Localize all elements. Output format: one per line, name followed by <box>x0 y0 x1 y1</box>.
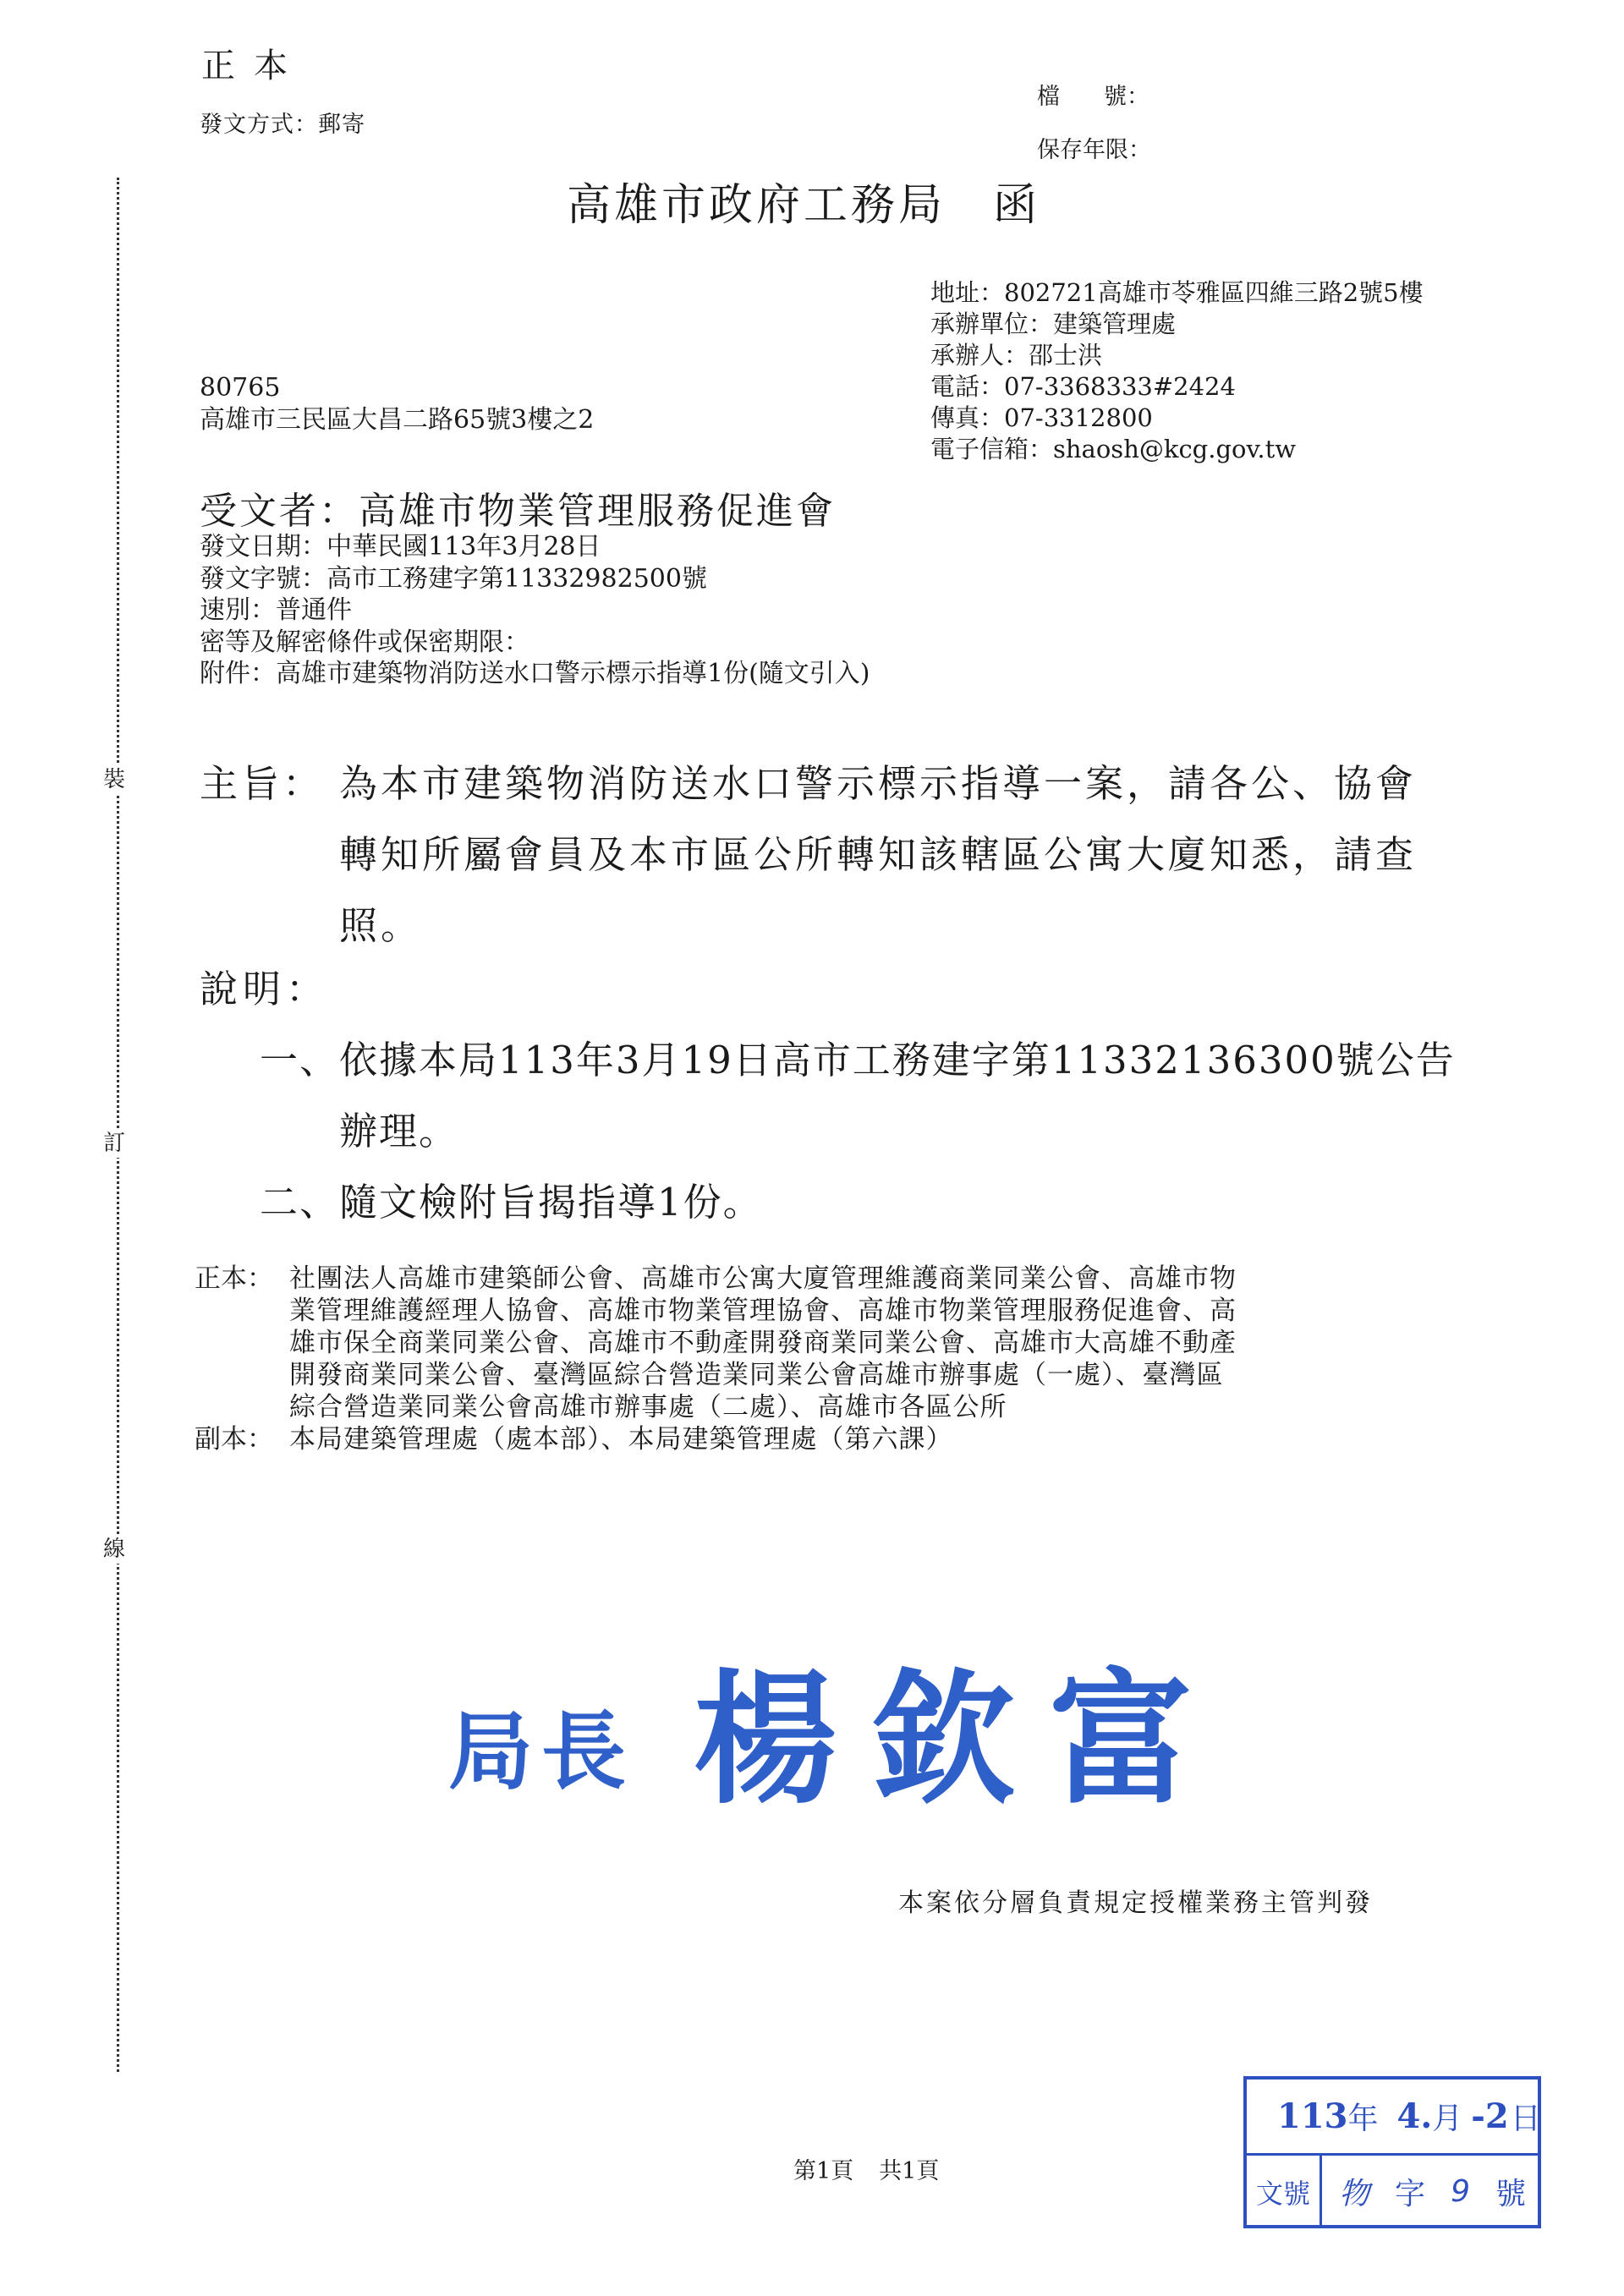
file-number-label-a: 檔 <box>1037 84 1060 110</box>
copy-recipients-label: 副本： <box>195 1423 289 1455</box>
original-recipients-label: 正本： <box>195 1263 289 1295</box>
contact-phone: 電話：07-3368333#2424 <box>930 371 1424 403</box>
send-method: 發文方式：郵寄 <box>200 106 365 139</box>
subject-line: 照。 <box>339 890 422 962</box>
subject-line: 轉知所屬會員及本市區公所轉知該轄區公寓大廈知悉，請查 <box>339 819 1417 890</box>
subject-label: 主旨： <box>200 748 339 819</box>
document-number: 發文字號：高市工務建字第11332982500號 <box>200 563 870 595</box>
delivery-speed: 速別：普通件 <box>200 595 870 627</box>
receipt-day-unit: 日 <box>1511 2095 1541 2138</box>
binding-mark-bind: 裝 <box>103 765 125 794</box>
original-recipients-line: 社團法人高雄市建築師公會、高雄市公寓大廈管理維護商業同業公會、高雄市物 <box>289 1263 1237 1295</box>
page-number: 第1頁共1頁 <box>793 2152 939 2185</box>
receipt-doc-no: 物 字 9 號 <box>1322 2156 1538 2228</box>
explanation-label: 說明： <box>200 958 329 1013</box>
distribution-list: 正本： 社團法人高雄市建築師公會、高雄市公寓大廈管理維護商業同業公會、高雄市物 … <box>195 1263 1480 1455</box>
signature-name: 楊欽富 <box>694 1655 1226 1824</box>
street-address: 高雄市三民區大昌二路65號3樓之2 <box>200 404 594 436</box>
file-number-label: 檔號： <box>1037 78 1149 111</box>
confidentiality: 密等及解密條件或保密期限： <box>200 627 870 659</box>
receipt-year-unit: 年 <box>1348 2095 1379 2138</box>
contact-fax: 傳真：07-3312800 <box>930 403 1424 434</box>
recipient-address: 80765 高雄市三民區大昌二路65號3樓之2 <box>200 372 594 436</box>
receipt-doc-prefix: 物 <box>1339 2170 1369 2213</box>
receipt-doc-value: 9 <box>1451 2174 1470 2209</box>
retention-period-label: 保存年限： <box>1037 131 1151 164</box>
receipt-day: -2 <box>1471 2096 1508 2136</box>
subject-section: 主旨： 為本市建築物消防送水口警示標示指導一案，請各公、協會 轉知所屬會員及本市… <box>200 748 1485 962</box>
delegation-note: 本案依分層負責規定授權業務主管判發 <box>898 1882 1373 1919</box>
file-number-label-b: 號： <box>1104 84 1149 110</box>
original-recipients-line: 綜合營造業同業公會高雄市辦事處（二處）、高雄市各區公所 <box>289 1391 1007 1423</box>
agency-name: 高雄市政府工務局 <box>567 180 946 231</box>
copy-recipients-line: 本局建築管理處（處本部）、本局建築管理處（第六課） <box>289 1423 953 1455</box>
receipt-date: 113年 4.月 -2日 <box>1247 2080 1538 2156</box>
page-current: 第1頁 <box>793 2158 853 2184</box>
receipt-doc-suffix: 號 <box>1495 2170 1526 2213</box>
page-total: 共1頁 <box>879 2158 939 2184</box>
explanation-item-text: 隨文檢附旨揭指導1份。 <box>339 1167 763 1238</box>
receipt-month: 4. <box>1397 2096 1433 2136</box>
explanation-item-number: 二、 <box>200 1167 339 1238</box>
receipt-month-unit: 月 <box>1432 2095 1462 2138</box>
receipt-doc-word: 字 <box>1395 2170 1425 2213</box>
subject-line: 為本市建築物消防送水口警示標示指導一案，請各公、協會 <box>339 748 1417 819</box>
explanation-item-number: 一、 <box>200 1025 339 1096</box>
postal-code: 80765 <box>200 372 594 404</box>
copy-type: 正本 <box>201 39 306 87</box>
binding-mark-staple: 訂 <box>103 1129 125 1158</box>
explanation-item-text: 辦理。 <box>339 1096 458 1167</box>
binding-mark-line: 線 <box>103 1535 125 1564</box>
explanation-item-text: 依據本局113年3月19日高市工務建字第11332136300號公告 <box>339 1025 1456 1096</box>
contact-address: 地址：802721高雄市苓雅區四維三路2號5樓 <box>930 277 1424 309</box>
issue-date: 發文日期：中華民國113年3月28日 <box>200 531 870 563</box>
document-meta: 發文日期：中華民國113年3月28日 發文字號：高市工務建字第113329825… <box>200 531 870 690</box>
document-type: 函 <box>993 180 1040 231</box>
addressee: 受文者：高雄市物業管理服務促進會 <box>200 480 836 534</box>
contact-block: 地址：802721高雄市苓雅區四維三路2號5樓 承辦單位：建築管理處 承辦人：邵… <box>930 277 1424 465</box>
contact-officer: 承辦人：邵士洪 <box>930 340 1424 371</box>
director-signature-stamp: 局長楊欽富 <box>448 1624 1226 1831</box>
signature-title: 局長 <box>448 1701 634 1801</box>
receipt-doc-no-label: 文號 <box>1247 2156 1322 2228</box>
receipt-stamp: 113年 4.月 -2日 文號 物 字 9 號 <box>1243 2076 1541 2228</box>
original-recipients-line: 雄市保全商業同業公會、高雄市不動產開發商業同業公會、高雄市大高雄不動產 <box>289 1327 1237 1359</box>
contact-unit: 承辦單位：建築管理處 <box>930 309 1424 340</box>
attachment: 附件：高雄市建築物消防送水口警示標示指導1份(隨文引入) <box>200 658 870 690</box>
contact-email: 電子信箱：shaosh@kcg.gov.tw <box>930 434 1424 465</box>
original-recipients-line: 開發商業同業公會、臺灣區綜合營造業同業公會高雄市辦事處（一處）、臺灣區 <box>289 1359 1224 1391</box>
binding-dotted-line <box>117 178 119 2072</box>
original-recipients-line: 業管理維護經理人協會、高雄市物業管理協會、高雄市物業管理服務促進會、高 <box>289 1295 1237 1327</box>
explanation-section: 一、 依據本局113年3月19日高市工務建字第11332136300號公告 辦理… <box>200 1025 1485 1238</box>
receipt-year: 113 <box>1277 2096 1348 2136</box>
document-title: 高雄市政府工務局函 <box>567 169 1040 233</box>
